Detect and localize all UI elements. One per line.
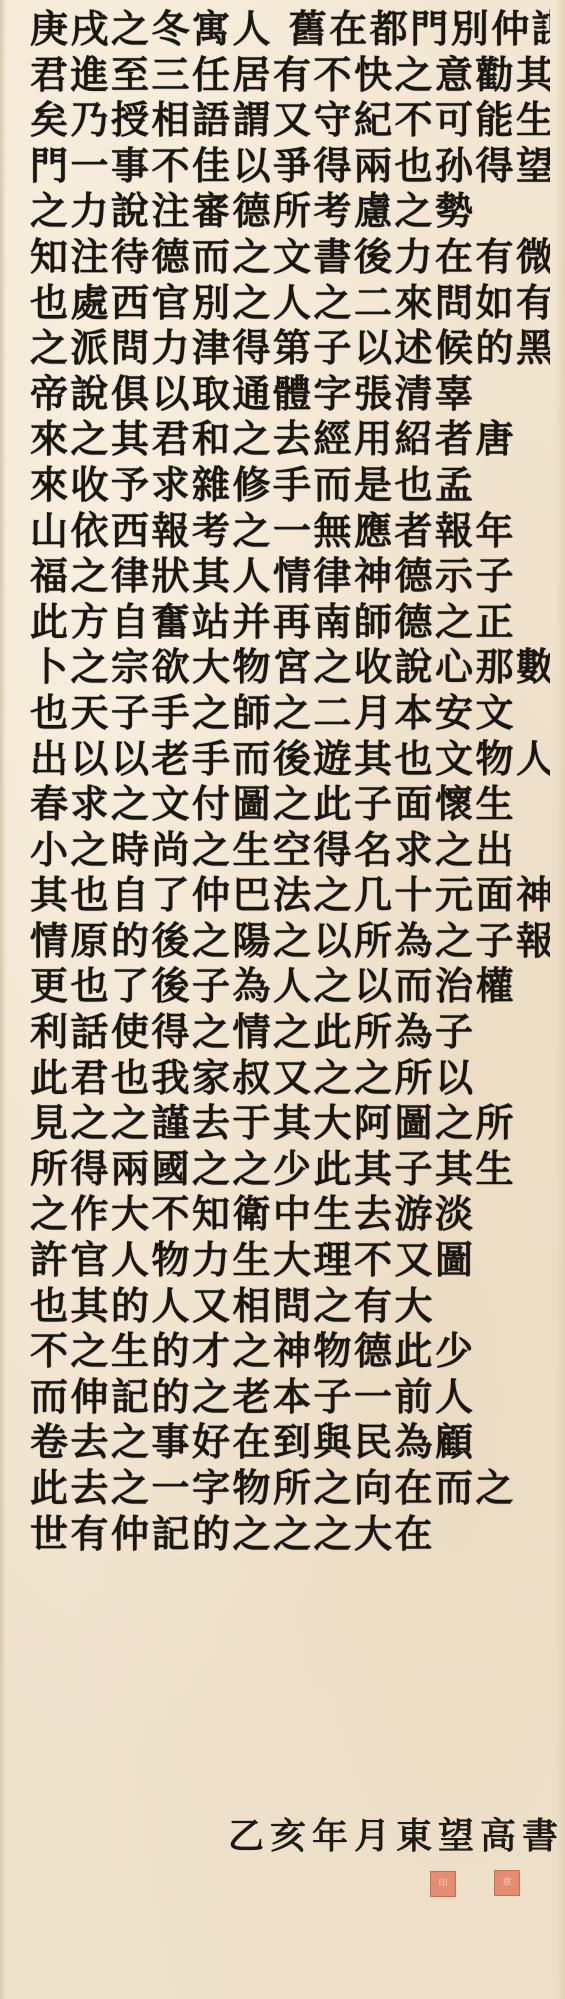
calligraphy-line: 此去之一字物所之向在而之	[30, 1465, 550, 1511]
calligraphy-line: 所得兩國之之少此其子其生	[30, 1146, 550, 1192]
calligraphy-line: 門一事不佳以爭得兩也孙得望	[30, 143, 550, 189]
calligraphy-line: 卜之宗欲大物宮之收說心那數吉	[30, 644, 550, 690]
calligraphy-line: 春求之文付圖之此子面懷生	[30, 781, 550, 827]
calligraphy-line: 利話使得之情之此所為子	[30, 1009, 550, 1055]
calligraphy-line: 也天子手之師之二月本安文	[30, 690, 550, 736]
calligraphy-line: 之作大不知衛中生去游淡	[30, 1191, 550, 1237]
calligraphy-line: 帝說俱以取通體字張清辜	[30, 371, 550, 417]
calligraphy-line: 君進至三任居有不快之意勸其不	[30, 52, 550, 98]
calligraphy-line: 之力說注審德所考慮之勢	[30, 188, 550, 234]
calligraphy-line: 庚戌之冬寓人 舊在都門別仲謀	[30, 6, 550, 52]
calligraphy-line: 卷去之事好在到與民為顧	[30, 1419, 550, 1465]
calligraphy-line: 來之其君和之去經用紹者唐	[30, 416, 550, 462]
calligraphy-line: 其也自了仲巴法之几十元面神	[30, 872, 550, 918]
red-seal-left: 印	[430, 1871, 456, 1897]
calligraphy-line: 山依西報考之一無應者報年	[30, 508, 550, 554]
calligraphy-line: 此方自奮站并再南師德之正	[30, 599, 550, 645]
calligraphy-line: 情原的後之陽之以所為之子報	[30, 918, 550, 964]
calligraphy-line: 世有仲記的之之之大在	[30, 1511, 550, 1557]
calligraphy-line: 也處西官別之人之二來問如有勝	[30, 280, 550, 326]
scroll-right-edge	[555, 0, 565, 1999]
calligraphy-line: 而伸記的之老本子一前人	[30, 1374, 550, 1420]
calligraphy-line: 知注待德而之文書後力在有微	[30, 234, 550, 280]
calligraphy-line: 小之時尚之生空得名求之出	[30, 827, 550, 873]
calligraphy-line: 之派問力津得第子以述候的黑	[30, 325, 550, 371]
signature-inscription: 乙亥年月東望高書	[228, 1808, 564, 1859]
calligraphy-line: 也其的人又相問之有大	[30, 1283, 550, 1329]
calligraphy-line: 此君也我家叔又之之所以	[30, 1055, 550, 1101]
red-seal-right: 章	[494, 1870, 520, 1896]
calligraphy-line: 出以以老手而後遊其也文物人	[30, 736, 550, 782]
calligraphy-line: 矣乃授相語謂又守紀不可能生	[30, 97, 550, 143]
calligraphy-line: 更也了後子為人之以而治權	[30, 963, 550, 1009]
calligraphy-line: 來收予求雜修手而是也孟	[30, 462, 550, 508]
calligraphy-line: 許官人物力生大理不又圖	[30, 1237, 550, 1283]
calligraphy-body: 庚戌之冬寓人 舊在都門別仲謀君進至三任居有不快之意勸其不矣乃授相語謂又守紀不可能…	[30, 6, 550, 1556]
calligraphy-scroll: 庚戌之冬寓人 舊在都門別仲謀君進至三任居有不快之意勸其不矣乃授相語謂又守紀不可能…	[0, 0, 565, 1999]
calligraphy-line: 不之生的才之神物德此少	[30, 1328, 550, 1374]
scroll-left-edge	[0, 0, 6, 1999]
calligraphy-line: 福之律狀其人情律神德示子	[30, 553, 550, 599]
calligraphy-line: 見之之謹去于其大阿圖之所	[30, 1100, 550, 1146]
